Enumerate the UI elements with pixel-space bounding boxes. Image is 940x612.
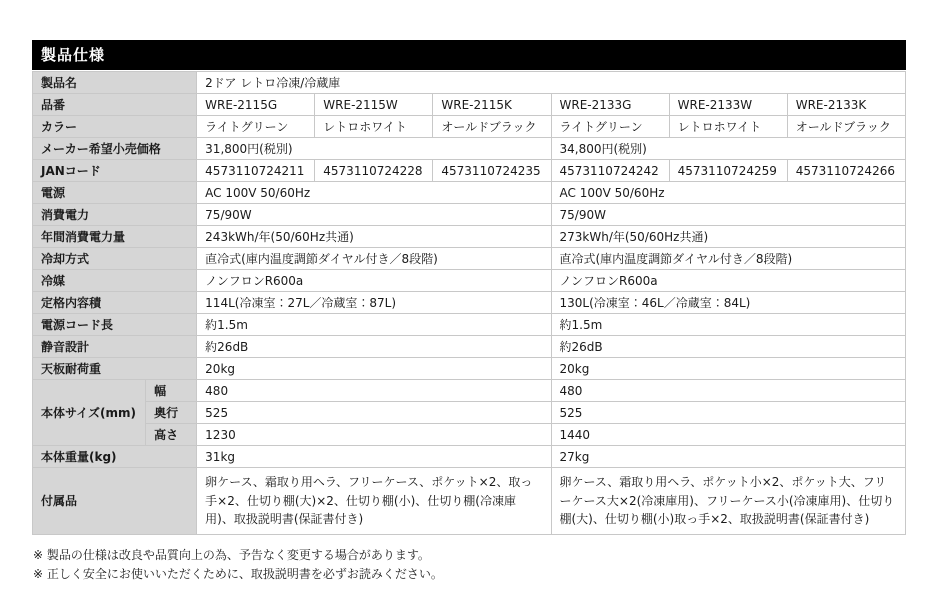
label-price: メーカー希望小売価格: [33, 138, 197, 160]
value-power-group1: AC 100V 50/60Hz: [197, 182, 551, 204]
value-cord-length-group2: 約1.5m: [551, 314, 906, 336]
value-size-width-group1: 480: [197, 380, 551, 402]
label-accessories: 付属品: [33, 468, 197, 535]
value-cooling-group2: 直冷式(庫内温度調節ダイヤル付き／8段階): [551, 248, 906, 270]
value-model-1: WRE-2115G: [197, 94, 315, 116]
value-weight-group2: 27kg: [551, 446, 906, 468]
value-annual-energy-group2: 273kWh/年(50/60Hz共通): [551, 226, 906, 248]
value-size-depth-group1: 525: [197, 402, 551, 424]
row-color: カラー ライトグリーン レトロホワイト オールドブラック ライトグリーン レトロ…: [33, 116, 906, 138]
spec-title: 製品仕様: [41, 46, 105, 64]
value-color-3: オールドブラック: [433, 116, 551, 138]
label-weight: 本体重量(kg): [33, 446, 197, 468]
value-jan-1: 4573110724211: [197, 160, 315, 182]
spec-table: 製品名 2ドア レトロ冷凍/冷蔵庫 品番 WRE-2115G WRE-2115W…: [32, 71, 906, 535]
value-quietness-group1: 約26dB: [197, 336, 551, 358]
value-cooling-group1: 直冷式(庫内温度調節ダイヤル付き／8段階): [197, 248, 551, 270]
value-color-4: ライトグリーン: [551, 116, 669, 138]
row-product-name: 製品名 2ドア レトロ冷凍/冷蔵庫: [33, 72, 906, 94]
value-price-group1: 31,800円(税別): [197, 138, 551, 160]
row-cooling: 冷却方式 直冷式(庫内温度調節ダイヤル付き／8段階) 直冷式(庫内温度調節ダイヤ…: [33, 248, 906, 270]
value-refrigerant-group1: ノンフロンR600a: [197, 270, 551, 292]
value-wattage-group2: 75/90W: [551, 204, 906, 226]
label-jan: JANコード: [33, 160, 197, 182]
value-accessories-group1: 卵ケース、霜取り用ヘラ、フリーケース、ポケット×2、取っ手×2、仕切り棚(大)×…: [197, 468, 551, 535]
row-price: メーカー希望小売価格 31,800円(税別) 34,800円(税別): [33, 138, 906, 160]
row-cord-length: 電源コード長 約1.5m 約1.5m: [33, 314, 906, 336]
label-model: 品番: [33, 94, 197, 116]
value-wattage-group1: 75/90W: [197, 204, 551, 226]
row-weight: 本体重量(kg) 31kg 27kg: [33, 446, 906, 468]
row-jan: JANコード 4573110724211 4573110724228 45731…: [33, 160, 906, 182]
row-power: 電源 AC 100V 50/60Hz AC 100V 50/60Hz: [33, 182, 906, 204]
row-size-depth: 奥行 525 525: [33, 402, 906, 424]
value-jan-3: 4573110724235: [433, 160, 551, 182]
value-size-height-group1: 1230: [197, 424, 551, 446]
value-power-group2: AC 100V 50/60Hz: [551, 182, 906, 204]
value-model-5: WRE-2133W: [669, 94, 787, 116]
value-model-3: WRE-2115K: [433, 94, 551, 116]
value-color-5: レトロホワイト: [669, 116, 787, 138]
value-size-width-group2: 480: [551, 380, 906, 402]
value-price-group2: 34,800円(税別): [551, 138, 906, 160]
value-size-height-group2: 1440: [551, 424, 906, 446]
value-refrigerant-group2: ノンフロンR600a: [551, 270, 906, 292]
value-capacity-group1: 114L(冷凍室：27L／冷蔵室：87L): [197, 292, 551, 314]
value-quietness-group2: 約26dB: [551, 336, 906, 358]
label-refrigerant: 冷媒: [33, 270, 197, 292]
value-capacity-group2: 130L(冷凍室：46L／冷蔵室：84L): [551, 292, 906, 314]
label-wattage: 消費電力: [33, 204, 197, 226]
row-annual-energy: 年間消費電力量 243kWh/年(50/60Hz共通) 273kWh/年(50/…: [33, 226, 906, 248]
label-power: 電源: [33, 182, 197, 204]
label-capacity: 定格内容積: [33, 292, 197, 314]
value-model-6: WRE-2133K: [787, 94, 905, 116]
label-size-width: 幅: [146, 380, 197, 402]
label-size: 本体サイズ(mm): [33, 380, 146, 446]
value-color-2: レトロホワイト: [315, 116, 433, 138]
value-model-2: WRE-2115W: [315, 94, 433, 116]
footnotes: ※ 製品の仕様は改良や品質向上の為、予告なく変更する場合があります。 ※ 正しく…: [33, 546, 906, 584]
footnote-1: ※ 製品の仕様は改良や品質向上の為、予告なく変更する場合があります。: [33, 546, 906, 565]
label-top-load: 天板耐荷重: [33, 358, 197, 380]
label-product-name: 製品名: [33, 72, 197, 94]
value-model-4: WRE-2133G: [551, 94, 669, 116]
value-color-6: オールドブラック: [787, 116, 905, 138]
value-weight-group1: 31kg: [197, 446, 551, 468]
spec-title-bar: 製品仕様: [32, 40, 906, 70]
value-color-1: ライトグリーン: [197, 116, 315, 138]
value-top-load-group1: 20kg: [197, 358, 551, 380]
value-product-name: 2ドア レトロ冷凍/冷蔵庫: [197, 72, 906, 94]
row-model: 品番 WRE-2115G WRE-2115W WRE-2115K WRE-213…: [33, 94, 906, 116]
row-accessories: 付属品 卵ケース、霜取り用ヘラ、フリーケース、ポケット×2、取っ手×2、仕切り棚…: [33, 468, 906, 535]
label-annual-energy: 年間消費電力量: [33, 226, 197, 248]
row-capacity: 定格内容積 114L(冷凍室：27L／冷蔵室：87L) 130L(冷凍室：46L…: [33, 292, 906, 314]
value-jan-6: 4573110724266: [787, 160, 905, 182]
value-jan-4: 4573110724242: [551, 160, 669, 182]
label-quietness: 静音設計: [33, 336, 197, 358]
row-size-height: 高さ 1230 1440: [33, 424, 906, 446]
value-annual-energy-group1: 243kWh/年(50/60Hz共通): [197, 226, 551, 248]
row-quietness: 静音設計 約26dB 約26dB: [33, 336, 906, 358]
value-accessories-group2: 卵ケース、霜取り用ヘラ、ポケット小×2、ポケット大、フリーケース大×2(冷凍庫用…: [551, 468, 906, 535]
label-cord-length: 電源コード長: [33, 314, 197, 336]
value-cord-length-group1: 約1.5m: [197, 314, 551, 336]
value-size-depth-group2: 525: [551, 402, 906, 424]
label-size-height: 高さ: [146, 424, 197, 446]
value-top-load-group2: 20kg: [551, 358, 906, 380]
row-refrigerant: 冷媒 ノンフロンR600a ノンフロンR600a: [33, 270, 906, 292]
row-wattage: 消費電力 75/90W 75/90W: [33, 204, 906, 226]
row-top-load: 天板耐荷重 20kg 20kg: [33, 358, 906, 380]
label-color: カラー: [33, 116, 197, 138]
label-size-depth: 奥行: [146, 402, 197, 424]
row-size-width: 本体サイズ(mm) 幅 480 480: [33, 380, 906, 402]
value-jan-2: 4573110724228: [315, 160, 433, 182]
label-cooling: 冷却方式: [33, 248, 197, 270]
spec-sheet: 製品仕様 製品名 2ドア レトロ冷凍/冷蔵庫 品番 WRE-2115G WRE-…: [0, 0, 940, 612]
footnote-2: ※ 正しく安全にお使いいただくために、取扱説明書を必ずお読みください。: [33, 565, 906, 584]
value-jan-5: 4573110724259: [669, 160, 787, 182]
